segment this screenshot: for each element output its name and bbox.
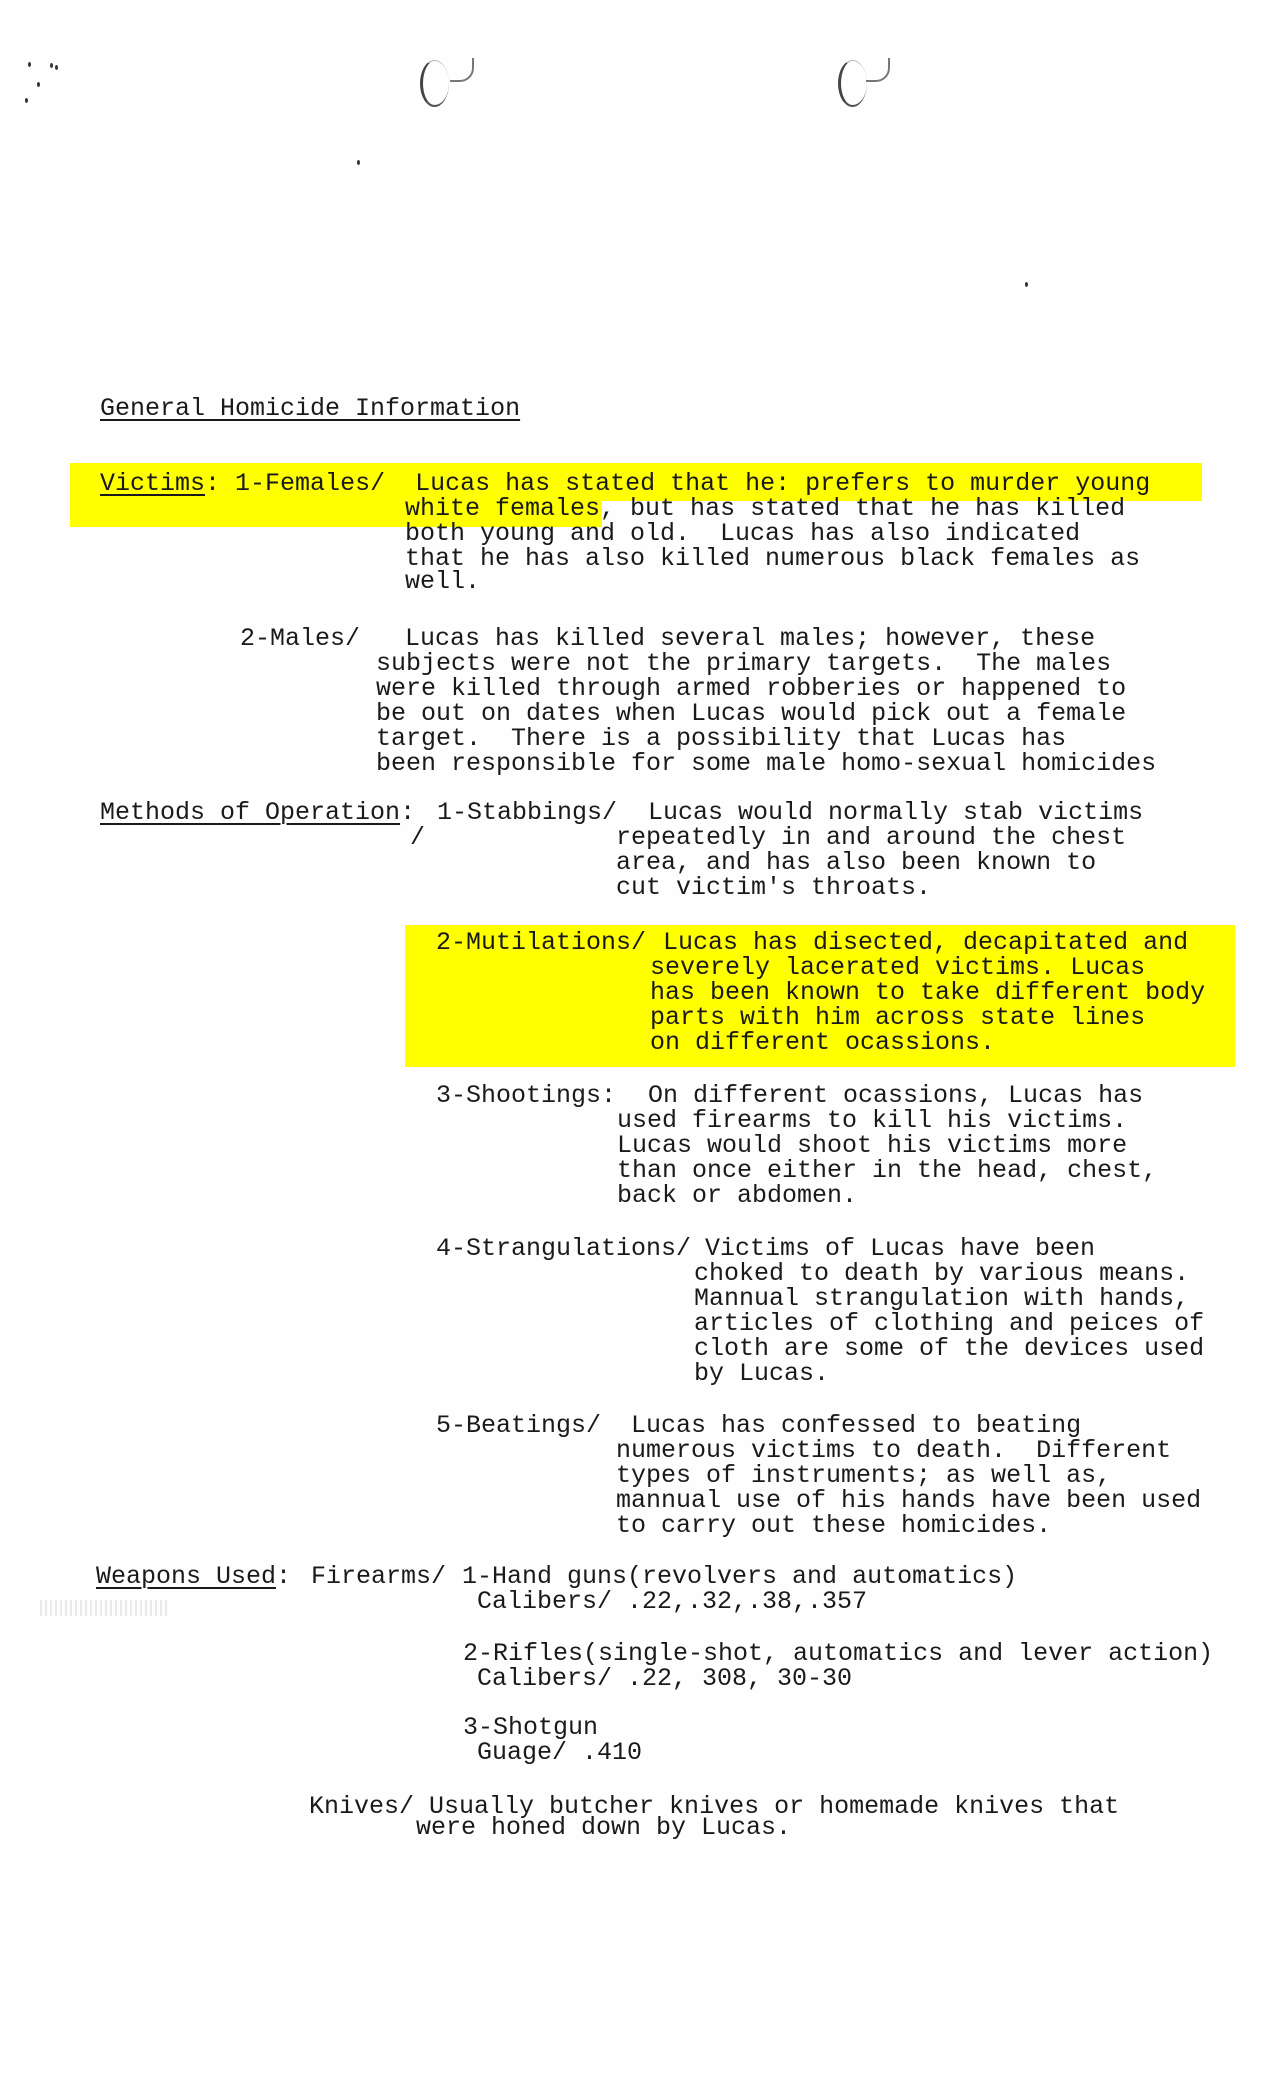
beatings-line-1: Lucas has confessed to beating bbox=[631, 1413, 1081, 1438]
males-line-3: were killed through armed robberies or h… bbox=[376, 676, 1126, 701]
punch-hole-mark bbox=[838, 60, 867, 107]
scan-speck bbox=[25, 98, 28, 103]
males-label: 2-Males/ bbox=[240, 626, 360, 651]
stabbings-line-4: cut victim's throats. bbox=[616, 875, 931, 900]
scan-speck bbox=[1025, 282, 1028, 287]
rifles-line: 2-Rifles(single-shot, automatics and lev… bbox=[463, 1641, 1213, 1666]
shotgun-line: 3-Shotgun bbox=[463, 1715, 598, 1740]
beatings-line-2: numerous victims to death. Different bbox=[616, 1438, 1171, 1463]
beatings-line-4: mannual use of his hands have been used bbox=[616, 1488, 1201, 1513]
scan-speck bbox=[357, 160, 360, 165]
mutilations-line-4: parts with him across state lines bbox=[650, 1005, 1145, 1030]
strangulations-line-3: Mannual strangulation with hands, bbox=[694, 1286, 1189, 1311]
mutilations-line-1: Lucas has disected, decapitated and bbox=[663, 930, 1188, 955]
females-line-5: well. bbox=[405, 569, 480, 594]
males-line-6: been responsible for some male homo-sexu… bbox=[376, 751, 1156, 776]
beatings-line-5: to carry out these homicides. bbox=[616, 1513, 1051, 1538]
stabbings-line-2: repeatedly in and around the chest bbox=[616, 825, 1126, 850]
mutilations-line-2: severely lacerated victims. Lucas bbox=[650, 955, 1145, 980]
punch-hole-mark bbox=[866, 58, 890, 82]
victims-line-1: Victims: 1-Females/ Lucas has stated tha… bbox=[100, 471, 1150, 496]
females-line-4: that he has also killed numerous black f… bbox=[405, 546, 1140, 571]
shotgun-gauge: Guage/ .410 bbox=[477, 1740, 642, 1765]
strangulations-line-4: articles of clothing and peices of bbox=[694, 1311, 1204, 1336]
beatings-line-3: types of instruments; as well as, bbox=[616, 1463, 1111, 1488]
scan-speck bbox=[37, 82, 40, 87]
scan-smudge bbox=[40, 1600, 170, 1616]
shootings-line-3: Lucas would shoot his victims more bbox=[617, 1133, 1127, 1158]
scan-speck bbox=[55, 65, 58, 70]
strangulations-label: 4-Strangulations/ bbox=[436, 1236, 691, 1261]
stabbings-line-1: Lucas would normally stab victims bbox=[648, 800, 1143, 825]
victims-label: Victims bbox=[100, 469, 205, 498]
scan-speck bbox=[28, 62, 31, 67]
shootings-line-2: used firearms to kill his victims. bbox=[617, 1108, 1127, 1133]
rifles-calibers: Calibers/ .22, 308, 30-30 bbox=[477, 1666, 852, 1691]
beatings-label: 5-Beatings/ bbox=[436, 1413, 601, 1438]
methods-heading: Methods of Operation: bbox=[100, 800, 415, 825]
weapons-heading: Weapons Used: bbox=[96, 1564, 291, 1589]
document-page: General Homicide Information Victims: 1-… bbox=[0, 0, 1272, 2100]
strangulations-line-1: Victims of Lucas have been bbox=[705, 1236, 1095, 1261]
shootings-label: 3-Shootings: bbox=[436, 1083, 616, 1108]
weapons-label: Weapons Used bbox=[96, 1562, 276, 1591]
stabbings-label: 1-Stabbings/ bbox=[437, 800, 617, 825]
males-line-1: Lucas has killed several males; however,… bbox=[405, 626, 1095, 651]
males-line-2: subjects were not the primary targets. T… bbox=[376, 651, 1111, 676]
firearms-label: Firearms/ bbox=[311, 1564, 446, 1589]
stray-slash: / bbox=[410, 825, 425, 850]
methods-label: Methods of Operation bbox=[100, 798, 400, 827]
section-heading: General Homicide Information bbox=[100, 396, 520, 421]
stabbings-line-3: area, and has also been known to bbox=[616, 850, 1096, 875]
females-line-3: both young and old. Lucas has also indic… bbox=[405, 521, 1080, 546]
strangulations-line-5: cloth are some of the devices used bbox=[694, 1336, 1204, 1361]
females-line-2: white females, but has stated that he ha… bbox=[405, 496, 1125, 521]
shootings-line-5: back or abdomen. bbox=[617, 1183, 857, 1208]
mutilations-label: 2-Mutilations/ bbox=[436, 930, 646, 955]
knives-line-2: were honed down by Lucas. bbox=[416, 1815, 791, 1840]
shootings-line-4: than once either in the head, chest, bbox=[617, 1158, 1157, 1183]
females-label: 1-Females/ bbox=[235, 469, 400, 498]
scan-speck bbox=[50, 63, 53, 68]
shootings-line-1: On different ocassions, Lucas has bbox=[648, 1083, 1143, 1108]
males-line-5: target. There is a possibility that Luca… bbox=[376, 726, 1066, 751]
handguns-line: 1-Hand guns(revolvers and automatics) bbox=[462, 1564, 1017, 1589]
mutilations-line-5: on different ocassions. bbox=[650, 1030, 995, 1055]
strangulations-line-2: choked to death by various means. bbox=[694, 1261, 1189, 1286]
males-line-4: be out on dates when Lucas would pick ou… bbox=[376, 701, 1126, 726]
punch-hole-mark bbox=[450, 58, 474, 82]
mutilations-line-3: has been known to take different body bbox=[650, 980, 1205, 1005]
handguns-calibers: Calibers/ .22,.32,.38,.357 bbox=[477, 1589, 867, 1614]
strangulations-line-6: by Lucas. bbox=[694, 1361, 829, 1386]
punch-hole-mark bbox=[420, 60, 449, 107]
